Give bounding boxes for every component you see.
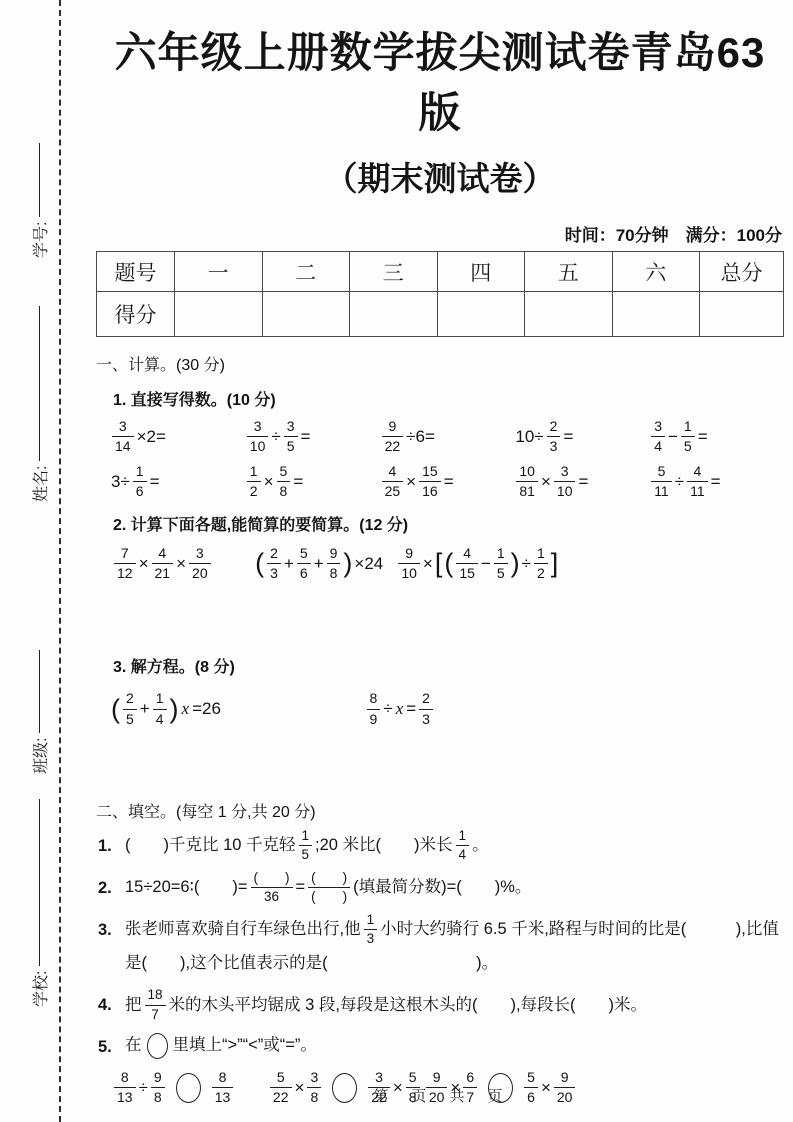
math-expression: (23+56+98)×24 xyxy=(254,545,384,582)
math-text: = xyxy=(296,878,306,896)
math-text: =26 xyxy=(192,699,221,719)
fraction-denominator: 6 xyxy=(133,482,147,500)
problem-text: 在里填上“>”“<”或“=”。 xyxy=(124,1029,784,1063)
math-expression: 511÷411= xyxy=(649,463,721,500)
fraction: 15 xyxy=(494,545,508,582)
math-text: ÷ xyxy=(675,472,684,492)
fraction-denominator: 4 xyxy=(456,846,470,863)
fraction-denominator: 16 xyxy=(419,482,441,500)
score-col-5: 五 xyxy=(525,252,613,292)
fill-blank-problem: 1. ( )千克比 10 千克轻15;20 米比( )米长14。 xyxy=(98,828,784,864)
score-cell-empty xyxy=(525,292,613,337)
math-text: = xyxy=(293,472,303,492)
score-col-3: 三 xyxy=(350,252,438,292)
fraction: 16 xyxy=(133,463,147,500)
variable: x xyxy=(396,699,404,719)
fraction-numerator: 9 xyxy=(398,545,420,564)
fraction-numerator: 2 xyxy=(419,690,433,709)
class-field: 班级: xyxy=(27,650,51,774)
fraction-denominator: 4 xyxy=(153,710,167,728)
math-text: = xyxy=(150,472,160,492)
score-col-1: 一 xyxy=(175,252,263,292)
fraction-denominator: 20 xyxy=(189,564,211,582)
math-text: 张老师喜欢骑自行车绿色出行,他 xyxy=(125,920,361,938)
fraction: 35 xyxy=(284,418,298,455)
fraction-denominator: 5 xyxy=(299,846,313,863)
score-cell-empty xyxy=(262,292,350,337)
problem-number: 2. xyxy=(98,870,124,906)
fraction-denominator: ( ) xyxy=(308,888,350,905)
math-text: ÷ xyxy=(271,427,280,447)
fraction-numerator: 4 xyxy=(382,463,404,482)
fraction-denominator: 21 xyxy=(152,564,174,582)
working-space xyxy=(96,728,784,784)
fraction-denominator: 25 xyxy=(382,482,404,500)
math-expression: 922÷6= xyxy=(380,418,436,455)
score-col-6: 六 xyxy=(612,252,700,292)
fraction: ( )( ) xyxy=(308,870,350,906)
math-text: ×24 xyxy=(354,554,383,574)
fill-blank-problem: 5. 在里填上“>”“<”或“=”。 xyxy=(98,1029,784,1063)
fraction-denominator: 15 xyxy=(456,564,478,582)
page-footer: 第 页 共 页 xyxy=(96,1085,784,1106)
fraction: 15 xyxy=(299,828,313,864)
fraction-denominator: 14 xyxy=(112,437,134,455)
math-expression: 1081×310= xyxy=(514,463,589,500)
fraction-denominator: 2 xyxy=(534,564,548,582)
fraction: 187 xyxy=(145,987,166,1023)
fraction-numerator: 3 xyxy=(284,418,298,437)
problem-number: 5. xyxy=(98,1029,124,1063)
math-text: × xyxy=(541,472,551,492)
math-text: 小时大约骑行 6.5 千米,路程与时间的比是( ),比值 xyxy=(380,920,779,938)
math-text: = xyxy=(563,427,573,447)
math-text: ×2= xyxy=(137,427,166,447)
fraction-numerator: 4 xyxy=(456,545,478,564)
fraction-numerator: 18 xyxy=(145,987,166,1005)
paper-content: 六年级上册数学拔尖测试卷青岛63版 （期末测试卷） 时间：70分钟 满分：100… xyxy=(96,0,784,1106)
math-expression: 34−15= xyxy=(649,418,708,455)
fill-blank-problem: 3. 张老师喜欢骑自行车绿色出行,他13小时大约骑行 6.5 千米,路程与时间的… xyxy=(98,912,784,982)
fraction: 12 xyxy=(247,463,261,500)
math-text: 米的木头平均锯成 3 段,每段是这根木头的( ),每段长( )米。 xyxy=(169,996,648,1014)
math-text: = xyxy=(711,472,721,492)
fraction: 58 xyxy=(277,463,291,500)
class-label: 班级: xyxy=(28,738,51,774)
fraction: 1081 xyxy=(516,463,538,500)
fraction: 23 xyxy=(547,418,561,455)
math-text: + xyxy=(314,554,324,574)
fraction-numerator: 9 xyxy=(327,545,341,564)
section2-heading: 二、填空。(每空 1 分,共 20 分) xyxy=(96,799,784,822)
fraction: 411 xyxy=(687,463,708,500)
q1-row1: 314×2= 310÷35= 922÷6= 10÷23= 34−15= xyxy=(110,418,784,455)
problem-text: 15÷20=6∶( )=( )36=( )( )(填最简分数)=( )%。 xyxy=(124,870,784,906)
math-expression: 10÷23= xyxy=(514,418,574,455)
fraction: 415 xyxy=(456,545,478,582)
q3-heading: 3. 解方程。(8 分) xyxy=(113,654,784,677)
fraction-numerator: 1 xyxy=(247,463,261,482)
fraction-numerator: 5 xyxy=(651,463,672,482)
fraction-numerator: ( ) xyxy=(308,870,350,888)
math-text: = xyxy=(578,472,588,492)
math-text: 15÷20=6∶( )= xyxy=(125,878,248,896)
math-expression: (25+14)x=26 xyxy=(110,690,222,727)
comparison-circle xyxy=(147,1033,168,1059)
fraction: 421 xyxy=(152,545,174,582)
math-text: 10÷ xyxy=(515,427,543,447)
problem-number: 3. xyxy=(98,912,124,982)
student-id-field: 学号: xyxy=(27,143,51,258)
score-col-total: 总分 xyxy=(700,252,784,292)
score-table-score-row: 得分 xyxy=(97,292,784,337)
fraction-numerator: 3 xyxy=(651,418,665,437)
fraction: 13 xyxy=(364,912,378,948)
score-col-2: 二 xyxy=(262,252,350,292)
fraction: 511 xyxy=(651,463,672,500)
fraction-denominator: 5 xyxy=(284,437,298,455)
math-expression: 425×1516= xyxy=(380,463,455,500)
fraction-numerator: 2 xyxy=(123,690,137,709)
math-expression: 89÷x=23 xyxy=(365,690,435,727)
fraction-numerator: ( ) xyxy=(251,870,293,888)
fraction-numerator: 2 xyxy=(547,418,561,437)
fraction-denominator: 11 xyxy=(651,482,672,500)
fraction-denominator: 3 xyxy=(364,930,378,947)
math-text: − xyxy=(668,427,678,447)
big-delimiter: ( xyxy=(111,696,120,723)
score-table-corner: 题号 xyxy=(97,252,175,292)
math-text: 。 xyxy=(472,836,489,854)
math-expression: 310÷35= xyxy=(245,418,312,455)
score-cell-empty xyxy=(437,292,525,337)
fraction-denominator: 8 xyxy=(327,564,341,582)
score-cell-empty xyxy=(612,292,700,337)
math-expression: 712×421×320 xyxy=(112,545,213,582)
fraction-numerator: 5 xyxy=(297,545,311,564)
fraction-numerator: 3 xyxy=(112,418,134,437)
fraction-numerator: 1 xyxy=(534,545,548,564)
math-text: × xyxy=(139,554,149,574)
math-text: ÷ xyxy=(383,699,392,719)
student-name-label: 姓名: xyxy=(28,466,51,502)
fraction: 23 xyxy=(419,690,433,727)
fraction-denominator: 5 xyxy=(494,564,508,582)
fraction-numerator: 8 xyxy=(367,690,381,709)
fraction-numerator: 3 xyxy=(189,545,211,564)
school-field: 学校: xyxy=(27,799,51,1007)
math-text: = xyxy=(301,427,311,447)
fraction-denominator: 5 xyxy=(123,710,137,728)
school-write-line xyxy=(39,799,40,966)
score-cell-empty xyxy=(175,292,263,337)
math-text: × xyxy=(406,472,416,492)
school-label: 学校: xyxy=(28,971,51,1007)
math-expression: 12×58= xyxy=(245,463,304,500)
math-text: ÷6= xyxy=(406,427,435,447)
fraction-numerator: 2 xyxy=(267,545,281,564)
q3-equations: (25+14)x=26 89÷x=23 xyxy=(110,690,619,727)
variable: x xyxy=(182,699,190,719)
fraction-denominator: 81 xyxy=(516,482,538,500)
fraction-denominator: 2 xyxy=(247,482,261,500)
math-text: 把 xyxy=(125,996,142,1014)
section1-heading: 一、计算。(30 分) xyxy=(96,352,784,375)
student-name-write-line xyxy=(39,306,40,461)
fraction-numerator: 9 xyxy=(382,418,404,437)
fraction-numerator: 1 xyxy=(133,463,147,482)
big-delimiter: ( xyxy=(255,550,264,577)
fraction: 922 xyxy=(382,418,404,455)
fraction-numerator: 1 xyxy=(299,828,313,846)
problem-text: ( )千克比 10 千克轻15;20 米比( )米长14。 xyxy=(124,828,784,864)
score-cell-empty xyxy=(700,292,784,337)
fill-blank-problem: 2. 15÷20=6∶( )=( )36=( )( )(填最简分数)=( )%。 xyxy=(98,870,784,906)
page-title: 六年级上册数学拔尖测试卷青岛63版 xyxy=(96,20,784,140)
problem-text: 张老师喜欢骑自行车绿色出行,他13小时大约骑行 6.5 千米,路程与时间的比是(… xyxy=(124,912,784,982)
big-delimiter: ) xyxy=(343,550,352,577)
fraction-denominator: 36 xyxy=(251,888,293,905)
fraction-numerator: 4 xyxy=(687,463,708,482)
fraction: 12 xyxy=(534,545,548,582)
fraction: 425 xyxy=(382,463,404,500)
fraction-denominator: 10 xyxy=(247,437,269,455)
fraction-denominator: 3 xyxy=(267,564,281,582)
fraction: 34 xyxy=(651,418,665,455)
fold-dashed-line xyxy=(59,0,61,1122)
fraction-denominator: 4 xyxy=(651,437,665,455)
time-score-info: 时间：70分钟 满分：100分 xyxy=(96,221,784,246)
fraction-denominator: 3 xyxy=(547,437,561,455)
student-id-write-line xyxy=(39,143,40,217)
math-text: 是( ),这个比值表示的是( )。 xyxy=(125,954,498,972)
fraction-numerator: 1 xyxy=(681,418,695,437)
fraction-numerator: 1 xyxy=(456,828,470,846)
math-text: × xyxy=(176,554,186,574)
exam-paper-page: 学号: 姓名: 班级: 学校: 六年级上册数学拔尖测试卷青岛63版 （期末测试卷… xyxy=(0,0,793,1122)
problem-number: 1. xyxy=(98,828,124,864)
fraction-numerator: 3 xyxy=(554,463,576,482)
score-col-4: 四 xyxy=(437,252,525,292)
fraction: 712 xyxy=(114,545,136,582)
fraction-numerator: 1 xyxy=(153,690,167,709)
fraction-denominator: 12 xyxy=(114,564,136,582)
math-expression: 910×[(415−15)÷12] xyxy=(396,545,559,582)
math-text: + xyxy=(140,699,150,719)
fraction-denominator: 22 xyxy=(382,437,404,455)
math-text: + xyxy=(284,554,294,574)
fraction: 14 xyxy=(456,828,470,864)
fraction: 320 xyxy=(189,545,211,582)
fraction-numerator: 3 xyxy=(247,418,269,437)
fraction: 314 xyxy=(112,418,134,455)
math-text: − xyxy=(481,554,491,574)
fraction: 56 xyxy=(297,545,311,582)
student-id-label: 学号: xyxy=(28,222,51,258)
big-delimiter: ( xyxy=(444,550,453,577)
math-text: × xyxy=(264,472,274,492)
q2-expressions: 712×421×320 (23+56+98)×24 910×[(415−15)÷… xyxy=(112,545,539,582)
fraction: 310 xyxy=(554,463,576,500)
math-text: (填最简分数)=( )%。 xyxy=(353,878,531,896)
page-subtitle: （期末测试卷） xyxy=(96,153,784,200)
math-text: = xyxy=(406,699,416,719)
big-delimiter: ] xyxy=(551,550,559,577)
math-text: 里填上“>”“<”或“=”。 xyxy=(173,1036,317,1054)
fraction-numerator: 5 xyxy=(277,463,291,482)
problem-text: 把187米的木头平均锯成 3 段,每段是这根木头的( ),每段长( )米。 xyxy=(124,987,784,1023)
math-text: = xyxy=(444,472,454,492)
q1-row2: 3÷16= 12×58= 425×1516= 1081×310= 511÷411… xyxy=(110,463,784,500)
fraction: ( )36 xyxy=(251,870,293,906)
problem-number: 4. xyxy=(98,987,124,1023)
big-delimiter: ) xyxy=(170,696,179,723)
fraction: 1516 xyxy=(419,463,441,500)
fraction-denominator: 10 xyxy=(398,564,420,582)
math-text: 3÷ xyxy=(111,472,130,492)
math-text: ( )千克比 10 千克轻 xyxy=(125,836,296,854)
math-text: ÷ xyxy=(522,554,531,574)
score-table: 题号 一 二 三 四 五 六 总分 得分 xyxy=(96,251,784,337)
big-delimiter: ) xyxy=(511,550,520,577)
math-text: = xyxy=(698,427,708,447)
math-expression: 314×2= xyxy=(110,418,167,455)
fraction-numerator: 10 xyxy=(516,463,538,482)
fraction-denominator: 10 xyxy=(554,482,576,500)
fraction: 14 xyxy=(153,690,167,727)
fill-blank-problem: 4. 把187米的木头平均锯成 3 段,每段是这根木头的( ),每段长( )米。 xyxy=(98,987,784,1023)
student-name-field: 姓名: xyxy=(27,306,51,502)
big-delimiter: [ xyxy=(435,550,443,577)
fraction-numerator: 1 xyxy=(494,545,508,564)
fraction-numerator: 1 xyxy=(364,912,378,930)
fraction: 23 xyxy=(267,545,281,582)
math-text: × xyxy=(423,554,433,574)
q1-heading: 1. 直接写得数。(10 分) xyxy=(113,387,784,410)
fraction-denominator: 7 xyxy=(145,1006,166,1023)
student-info-margin: 学号: 姓名: 班级: 学校: xyxy=(0,0,76,1122)
fraction: 910 xyxy=(398,545,420,582)
score-cell-empty xyxy=(350,292,438,337)
score-table-header-row: 题号 一 二 三 四 五 六 总分 xyxy=(97,252,784,292)
q2-heading: 2. 计算下面各题,能简算的要简算。(12 分) xyxy=(113,512,784,535)
score-row-label: 得分 xyxy=(97,292,175,337)
fraction: 98 xyxy=(327,545,341,582)
fraction-denominator: 3 xyxy=(419,710,433,728)
fraction: 89 xyxy=(367,690,381,727)
fraction: 310 xyxy=(247,418,269,455)
fraction-numerator: 15 xyxy=(419,463,441,482)
working-space xyxy=(96,582,784,642)
fraction-denominator: 8 xyxy=(277,482,291,500)
fraction-denominator: 5 xyxy=(681,437,695,455)
class-write-line xyxy=(39,650,40,733)
math-expression: 3÷16= xyxy=(110,463,161,500)
fraction-numerator: 7 xyxy=(114,545,136,564)
math-text: ;20 米比( )米长 xyxy=(315,836,453,854)
fraction-numerator: 4 xyxy=(152,545,174,564)
fraction-denominator: 9 xyxy=(367,710,381,728)
fraction: 15 xyxy=(681,418,695,455)
fraction-denominator: 11 xyxy=(687,482,708,500)
fraction: 25 xyxy=(123,690,137,727)
fraction-denominator: 6 xyxy=(297,564,311,582)
math-text: 在 xyxy=(125,1036,142,1054)
